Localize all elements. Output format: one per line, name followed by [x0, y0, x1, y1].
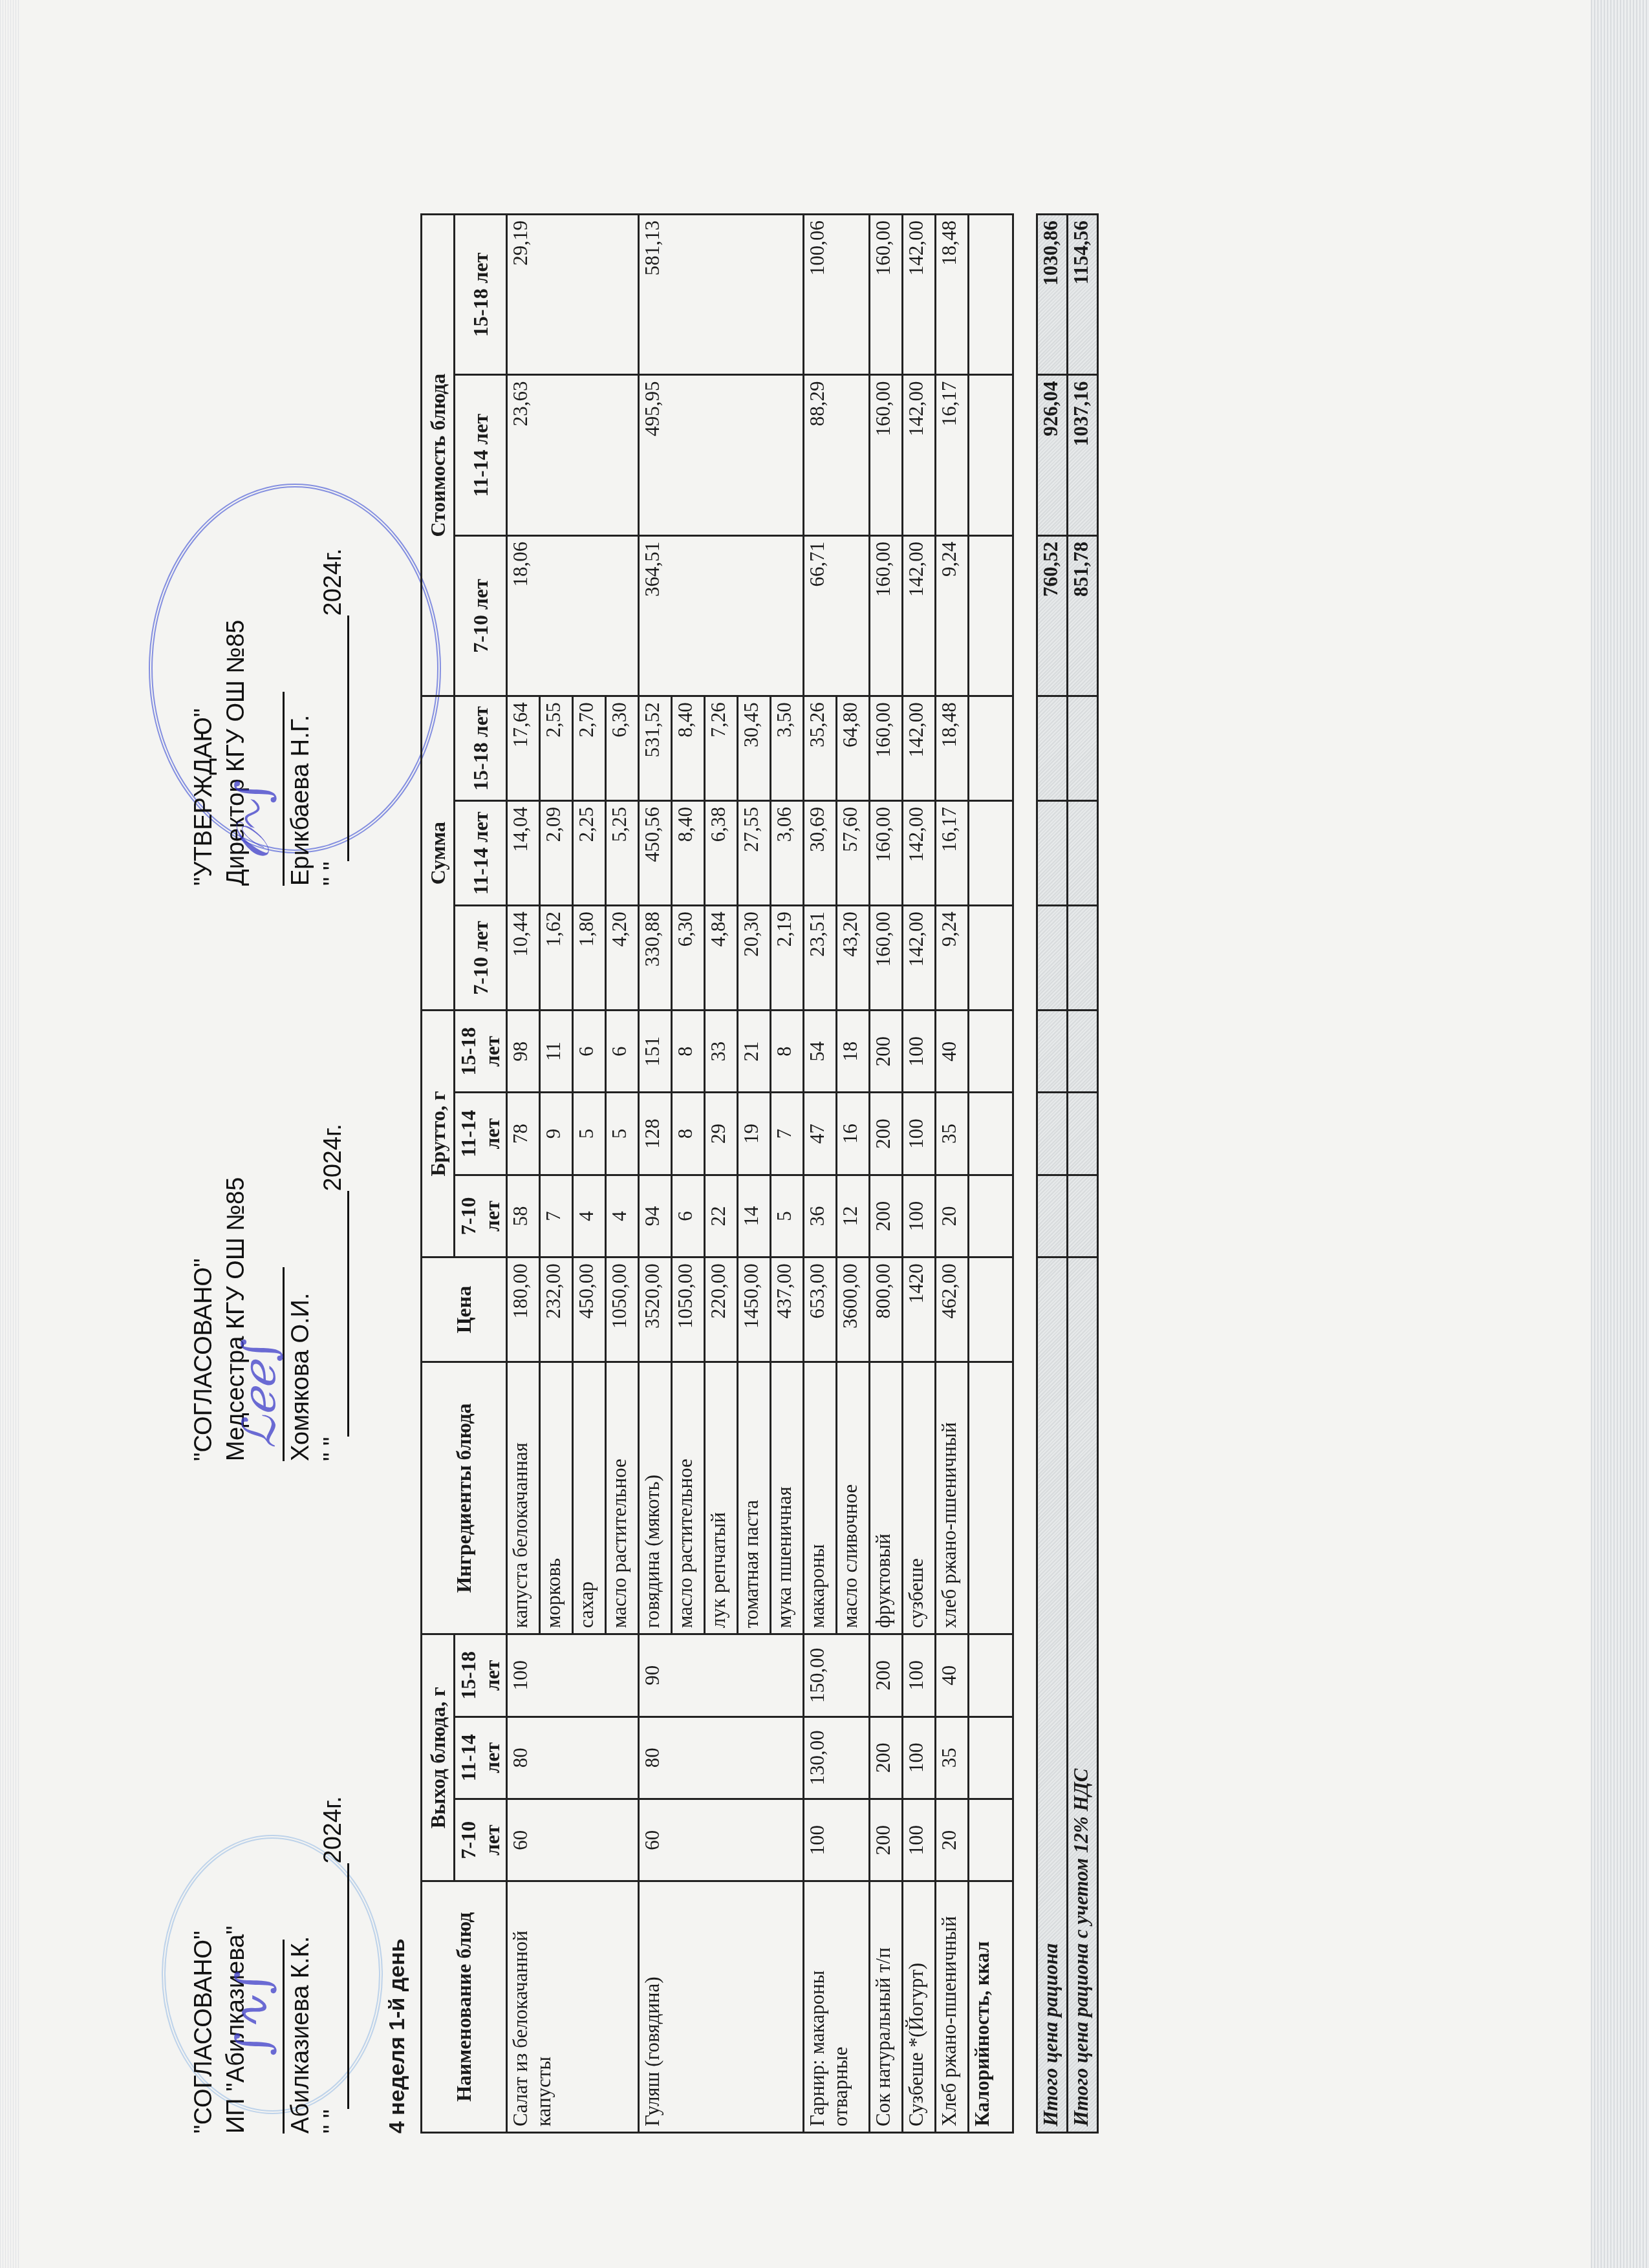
total-empty-cell [1068, 1010, 1098, 1092]
ingredient-brutto: 22 [705, 1175, 738, 1257]
spacer-cell [1013, 215, 1037, 2133]
dish-cost: 88,29 [804, 375, 870, 535]
ingredient-price: 3520,00 [639, 1257, 672, 1362]
total-value: 760,52 [1037, 535, 1068, 696]
ingredient-brutto: 54 [804, 1010, 837, 1092]
ingredient-name: масло растительное [672, 1362, 705, 1634]
ingredient-sum: 2,55 [540, 696, 573, 801]
dish-name: Гарнир: макароны отварные [804, 1881, 870, 2133]
approval-title: "СОГЛАСОВАНО" [188, 1124, 220, 1461]
ingredient-brutto: 7 [540, 1175, 573, 1257]
table-row: Хлеб ржано-пшеничный203540хлеб ржано-пше… [936, 215, 969, 2133]
total-empty-cell [1068, 696, 1098, 801]
ingredient-brutto: 5 [771, 1175, 804, 1257]
ingredient-sum: 10,44 [507, 906, 540, 1011]
ingredient-sum: 64,80 [837, 696, 870, 801]
header-age-group: 7-10 лет [455, 535, 507, 696]
ingredient-sum: 14,04 [507, 801, 540, 906]
ingredient-brutto: 200 [870, 1093, 903, 1175]
dish-cost: 160,00 [870, 215, 903, 376]
ingredient-sum: 142,00 [903, 906, 936, 1011]
ingredient-sum: 17,64 [507, 696, 540, 801]
calories-cell [969, 906, 1013, 1011]
total-label: Итого цена рациона с учетом 12% НДС [1068, 1257, 1098, 2133]
dish-cost: 29,19 [507, 215, 639, 376]
ingredient-sum: 7,26 [705, 696, 738, 801]
date-prefix: " " [319, 1437, 347, 1461]
ingredient-name: макароны [804, 1362, 837, 1634]
ingredient-sum: 2,09 [540, 801, 573, 906]
calories-cell [969, 1799, 1013, 1881]
ingredient-sum: 5,25 [606, 801, 639, 906]
ingredient-brutto: 6 [672, 1175, 705, 1257]
header-age-group: 11-14 лет [455, 375, 507, 535]
ingredient-brutto: 78 [507, 1093, 540, 1175]
scan-edge-left [0, 0, 19, 2268]
approval-name: Ерикбаева Н.Г. [285, 548, 317, 886]
header-brutto: Брутто, г [422, 1010, 455, 1257]
dish-name: Салат из белокачанной капусты [507, 1881, 639, 2133]
ingredient-price: 450,00 [573, 1257, 606, 1362]
total-value: 1030,86 [1037, 215, 1068, 376]
total-empty-cell [1037, 1093, 1068, 1175]
ingredient-brutto: 4 [606, 1175, 639, 1257]
ingredient-sum: 1,62 [540, 906, 573, 1011]
dish-output: 100 [903, 1634, 936, 1717]
ingredient-brutto: 12 [837, 1175, 870, 1257]
ingredient-sum: 9,24 [936, 906, 969, 1011]
dish-cost: 18,06 [507, 535, 639, 696]
ingredient-brutto: 100 [903, 1010, 936, 1092]
dish-cost: 160,00 [870, 535, 903, 696]
dish-name: Гуляш (говядина) [639, 1881, 804, 2133]
dish-cost: 142,00 [903, 215, 936, 376]
ingredient-sum: 57,60 [837, 801, 870, 906]
table-row: Гарнир: макароны отварные100130,00150,00… [804, 215, 837, 2133]
ingredient-name: говядина (мякоть) [639, 1362, 672, 1634]
header-age-group: 11-14 лет [455, 1717, 507, 1799]
total-value: 851,78 [1068, 535, 1098, 696]
calories-cell [969, 1717, 1013, 1799]
ingredient-price: 1050,00 [606, 1257, 639, 1362]
ingredient-sum: 330,88 [639, 906, 672, 1011]
menu-page: "СОГЛАСОВАНО" ИП "Абилказиева" Абилказие… [162, 142, 1170, 2211]
ingredient-brutto: 21 [738, 1010, 771, 1092]
ingredient-sum: 142,00 [903, 801, 936, 906]
ingredient-price: 653,00 [804, 1257, 837, 1362]
ingredient-sum: 450,56 [639, 801, 672, 906]
ingredient-brutto: 8 [771, 1010, 804, 1092]
header-sum: Сумма [422, 696, 455, 1011]
calories-cell [969, 1010, 1013, 1092]
dish-cost: 160,00 [870, 375, 903, 535]
ingredient-brutto: 18 [837, 1010, 870, 1092]
week-day-label: 4 неделя 1-й день [385, 1938, 410, 2134]
date-year: 2024г. [319, 1124, 347, 1191]
ingredient-name: масло сливочное [837, 1362, 870, 1634]
ingredient-price: 1450,00 [738, 1257, 771, 1362]
ingredient-price: 220,00 [705, 1257, 738, 1362]
ingredient-brutto: 6 [573, 1010, 606, 1092]
date-line [323, 1863, 349, 2109]
ingredient-price: 1050,00 [672, 1257, 705, 1362]
ingredient-brutto: 47 [804, 1093, 837, 1175]
ingredient-price: 3600,00 [837, 1257, 870, 1362]
approval-position: Медсестра КГУ ОШ №85 [220, 1124, 252, 1461]
signature-line [257, 1940, 285, 2134]
dish-output: 40 [936, 1634, 969, 1717]
dish-output: 20 [936, 1799, 969, 1881]
ingredient-sum: 35,26 [804, 696, 837, 801]
ingredient-name: томатная паста [738, 1362, 771, 1634]
dish-output: 200 [870, 1634, 903, 1717]
ingredient-sum: 2,25 [573, 801, 606, 906]
ingredient-price: 232,00 [540, 1257, 573, 1362]
ingredient-name: сахар [573, 1362, 606, 1634]
ingredient-sum: 23,51 [804, 906, 837, 1011]
total-empty-cell [1068, 801, 1098, 906]
ingredient-sum: 160,00 [870, 696, 903, 801]
menu-body: Салат из белокачанной капусты6080100капу… [507, 215, 1098, 2133]
dish-cost: 364,51 [639, 535, 804, 696]
scan-edge-right [1591, 0, 1649, 2268]
ingredient-brutto: 11 [540, 1010, 573, 1092]
ingredient-sum: 20,30 [738, 906, 771, 1011]
header-age-group: 15-18 лет [455, 1634, 507, 1717]
dish-output: 60 [507, 1799, 639, 1881]
date-prefix: " " [319, 2109, 347, 2134]
ingredient-price: 462,00 [936, 1257, 969, 1362]
ingredient-brutto: 128 [639, 1093, 672, 1175]
ingredient-name: лук репчатый [705, 1362, 738, 1634]
ingredient-brutto: 5 [573, 1093, 606, 1175]
total-empty-cell [1068, 906, 1098, 1011]
header-age-group: 15-18 лет [455, 696, 507, 801]
ingredient-brutto: 20 [936, 1175, 969, 1257]
ingredient-price: 437,00 [771, 1257, 804, 1362]
dish-cost: 66,71 [804, 535, 870, 696]
approval-name: Абилказиева К.К. [285, 1796, 317, 2134]
approval-director: "УТВЕРЖДАЮ" Директор КГУ ОШ №85 Ерикбаев… [188, 548, 349, 886]
dish-name: Сузбеше *(Йогурт) [903, 1881, 936, 2133]
dish-output: 35 [936, 1717, 969, 1799]
dish-output: 80 [507, 1717, 639, 1799]
ingredient-brutto: 100 [903, 1093, 936, 1175]
date-line [323, 1191, 349, 1437]
ingredient-brutto: 35 [936, 1093, 969, 1175]
approval-name: Хомякова О.И. [285, 1124, 317, 1461]
dish-output: 60 [639, 1799, 804, 1881]
calories-cell [969, 1093, 1013, 1175]
dish-output: 100 [507, 1634, 639, 1717]
dish-name: Сок натуральный т/п [870, 1881, 903, 2133]
ingredient-price: 800,00 [870, 1257, 903, 1362]
total-empty-cell [1037, 801, 1068, 906]
approval-nurse: "СОГЛАСОВАНО" Медсестра КГУ ОШ №85 Хомяк… [188, 1124, 349, 1461]
date-line [323, 615, 349, 861]
approval-position: Директор КГУ ОШ №85 [220, 548, 252, 886]
header-price: Цена [422, 1257, 507, 1362]
dish-output: 100 [804, 1799, 870, 1881]
header-output: Выход блюда, г [422, 1634, 455, 1881]
header-age-group: 15-18 лет [455, 1010, 507, 1092]
calories-cell [969, 215, 1013, 376]
dish-cost: 23,63 [507, 375, 639, 535]
dish-output: 100 [903, 1799, 936, 1881]
approval-ip: "СОГЛАСОВАНО" ИП "Абилказиева" Абилказие… [188, 1796, 349, 2134]
total-empty-cell [1037, 1010, 1068, 1092]
ingredient-sum: 142,00 [903, 696, 936, 801]
ingredient-sum: 30,45 [738, 696, 771, 801]
ingredient-name: мука пшеничная [771, 1362, 804, 1634]
dish-output: 100 [903, 1717, 936, 1799]
table-row: Гуляш (говядина)608090говядина (мякоть)3… [639, 215, 672, 2133]
ingredient-sum: 4,20 [606, 906, 639, 1011]
ingredient-sum: 27,55 [738, 801, 771, 906]
table-row: Сок натуральный т/п200200200фруктовый800… [870, 215, 903, 2133]
approval-position: ИП "Абилказиева" [220, 1796, 252, 2134]
dish-output: 200 [870, 1717, 903, 1799]
calories-label: Калорийность, ккал [969, 1881, 1013, 2133]
total-row: Итого цена рациона с учетом 12% НДС851,7… [1068, 215, 1098, 2133]
approval-title: "УТВЕРЖДАЮ" [188, 548, 220, 886]
calories-cell [969, 1634, 1013, 1717]
date-year: 2024г. [319, 1796, 347, 1863]
ingredient-sum: 16,17 [936, 801, 969, 906]
ingredient-sum: 6,30 [606, 696, 639, 801]
ingredient-price: 180,00 [507, 1257, 540, 1362]
total-empty-cell [1037, 1175, 1068, 1257]
ingredient-brutto: 100 [903, 1175, 936, 1257]
ingredient-brutto: 58 [507, 1175, 540, 1257]
header-ingredients: Ингредиенты блюда [422, 1362, 507, 1634]
dish-cost: 142,00 [903, 535, 936, 696]
approval-title: "СОГЛАСОВАНО" [188, 1796, 220, 2134]
total-empty-cell [1068, 1175, 1098, 1257]
calories-cell [969, 696, 1013, 801]
dish-output: 90 [639, 1634, 804, 1717]
dish-output: 200 [870, 1799, 903, 1881]
ingredient-sum: 43,20 [837, 906, 870, 1011]
ingredient-brutto: 94 [639, 1175, 672, 1257]
ingredient-name: фруктовый [870, 1362, 903, 1634]
header-age-group: 11-14 лет [455, 1093, 507, 1175]
menu-table: Наименование блюд Выход блюда, г Ингреди… [420, 213, 1099, 2134]
total-empty-cell [1037, 696, 1068, 801]
ingredient-brutto: 36 [804, 1175, 837, 1257]
ingredient-sum: 160,00 [870, 801, 903, 906]
table-row: Сузбеше *(Йогурт)100100100сузбеше1420100… [903, 215, 936, 2133]
ingredient-brutto: 29 [705, 1093, 738, 1175]
header-age-group: 7-10 лет [455, 1799, 507, 1881]
ingredient-name: сузбеше [903, 1362, 936, 1634]
calories-cell [969, 1175, 1013, 1257]
dish-cost: 142,00 [903, 375, 936, 535]
ingredient-brutto: 98 [507, 1010, 540, 1092]
date-year: 2024г. [319, 548, 347, 615]
dish-cost: 495,95 [639, 375, 804, 535]
ingredient-name: капуста белокачанная [507, 1362, 540, 1634]
ingredient-brutto: 6 [606, 1010, 639, 1092]
ingredient-sum: 531,52 [639, 696, 672, 801]
dish-output: 150,00 [804, 1634, 870, 1717]
age-groups-row: 7-10 лет11-14 лет15-18 лет7-10 лет11-14 … [455, 215, 507, 2133]
ingredient-sum: 8,40 [672, 801, 705, 906]
calories-cell [969, 801, 1013, 906]
total-value: 926,04 [1037, 375, 1068, 535]
calories-cell [969, 1257, 1013, 1362]
calories-cell [969, 535, 1013, 696]
dish-output: 130,00 [804, 1717, 870, 1799]
ingredient-sum: 3,06 [771, 801, 804, 906]
ingredient-brutto: 9 [540, 1093, 573, 1175]
total-row: Итого цена рациона760,52926,041030,86 [1037, 215, 1068, 2133]
ingredient-brutto: 8 [672, 1093, 705, 1175]
ingredient-sum: 4,84 [705, 906, 738, 1011]
ingredient-sum: 8,40 [672, 696, 705, 801]
dish-name: Хлеб ржано-пшеничный [936, 1881, 969, 2133]
header-age-group: 7-10 лет [455, 906, 507, 1011]
calories-cell [969, 375, 1013, 535]
ingredient-brutto: 4 [573, 1175, 606, 1257]
ingredient-name: хлеб ржано-пшеничный [936, 1362, 969, 1634]
calories-cell [969, 1362, 1013, 1634]
spacer-row [1013, 215, 1037, 2133]
ingredient-name: масло растительное [606, 1362, 639, 1634]
ingredient-brutto: 19 [738, 1093, 771, 1175]
dish-cost: 16,17 [936, 375, 969, 535]
signature-line [257, 692, 285, 886]
dish-cost: 581,13 [639, 215, 804, 376]
ingredient-brutto: 200 [870, 1175, 903, 1257]
total-empty-cell [1068, 1093, 1098, 1175]
ingredient-brutto: 200 [870, 1010, 903, 1092]
ingredient-brutto: 7 [771, 1093, 804, 1175]
calories-row: Калорийность, ккал [969, 215, 1013, 2133]
table-row: Салат из белокачанной капусты6080100капу… [507, 215, 540, 2133]
ingredient-brutto: 151 [639, 1010, 672, 1092]
total-label: Итого цена рациона [1037, 1257, 1068, 2133]
ingredient-sum: 6,30 [672, 906, 705, 1011]
dish-cost: 18,48 [936, 215, 969, 376]
ingredient-brutto: 5 [606, 1093, 639, 1175]
ingredient-brutto: 16 [837, 1093, 870, 1175]
ingredient-brutto: 40 [936, 1010, 969, 1092]
total-empty-cell [1037, 906, 1068, 1011]
ingredient-sum: 6,38 [705, 801, 738, 906]
ingredient-brutto: 8 [672, 1010, 705, 1092]
total-value: 1037,16 [1068, 375, 1098, 535]
ingredient-sum: 160,00 [870, 906, 903, 1011]
ingredient-sum: 3,50 [771, 696, 804, 801]
signature-line [257, 1267, 285, 1461]
ingredient-sum: 2,19 [771, 906, 804, 1011]
dish-cost: 100,06 [804, 215, 870, 376]
ingredient-sum: 18,48 [936, 696, 969, 801]
header-dish: Наименование блюд [422, 1881, 507, 2133]
ingredient-brutto: 14 [738, 1175, 771, 1257]
ingredient-sum: 2,70 [573, 696, 606, 801]
header-age-group: 11-14 лет [455, 801, 507, 906]
header-cost: Стоимость блюда [422, 215, 455, 696]
header-age-group: 7-10 лет [455, 1175, 507, 1257]
ingredient-sum: 1,80 [573, 906, 606, 1011]
dish-output: 80 [639, 1717, 804, 1799]
ingredient-price: 1420 [903, 1257, 936, 1362]
dish-cost: 9,24 [936, 535, 969, 696]
ingredient-brutto: 33 [705, 1010, 738, 1092]
date-prefix: " " [319, 861, 347, 886]
header-age-group: 15-18 лет [455, 215, 507, 376]
total-value: 1154,56 [1068, 215, 1098, 376]
ingredient-name: морковь [540, 1362, 573, 1634]
ingredient-sum: 30,69 [804, 801, 837, 906]
approvals-block: "СОГЛАСОВАНО" ИП "Абилказиева" Абилказие… [188, 142, 401, 2211]
